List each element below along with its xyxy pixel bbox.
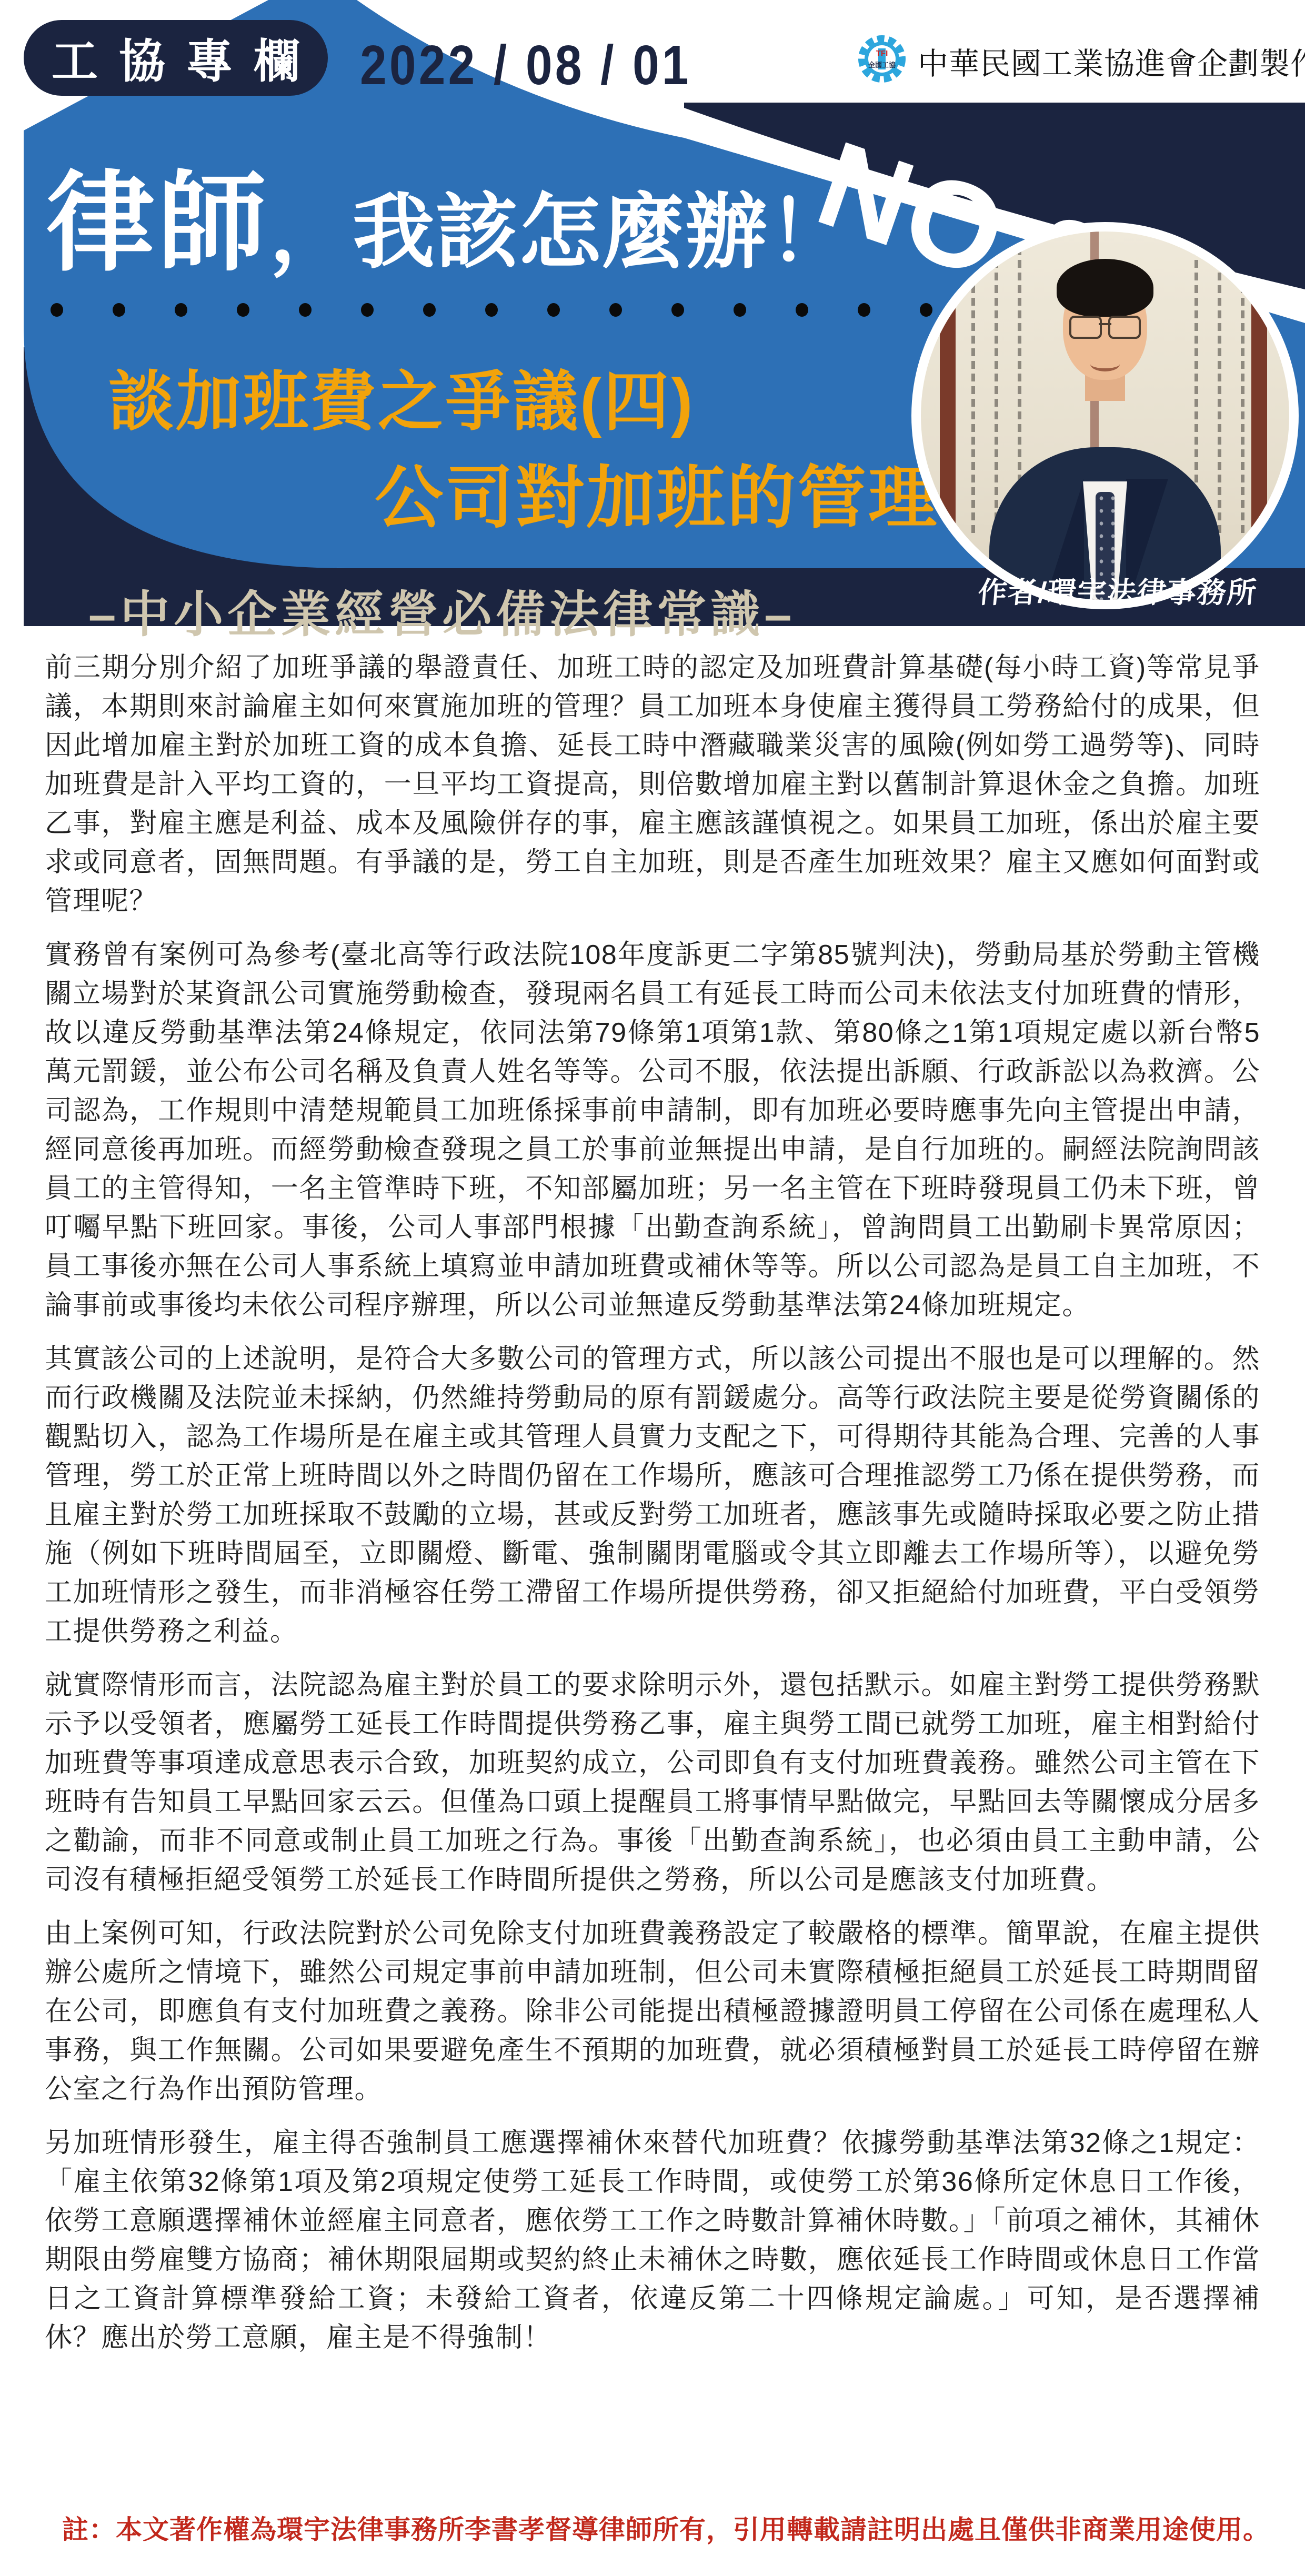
photo-frame-right: [1251, 232, 1267, 600]
article-paragraph: 前三期分別介紹了加班爭議的舉證責任、加班工時的認定及加班費計算基礎(每小時工資)…: [45, 648, 1260, 921]
column-badge-label: 工協專欄: [31, 25, 321, 91]
subtitle-line-2: 公司對加班的管理: [375, 443, 939, 541]
main-title-rest: ，我該怎麼辦！: [269, 166, 851, 284]
band-slogan: –中小企業經營必備法律常識–: [88, 575, 796, 646]
dotted-separator: [51, 303, 995, 317]
subtitle-line-1: 談加班費之爭議(四): [108, 349, 695, 443]
portrait-hair: [1057, 259, 1153, 317]
newsletter-page: 工協專欄 2022 / 08 / 01 TFI 全國工協 中華民國工業協進會企劃…: [0, 0, 1305, 2576]
copyright-note: 註：本文著作權為環宇法律事務所李書孝督導律師所有，引用轉載請註明出處且僅供非商業…: [62, 2509, 1267, 2547]
photo-frame-left: [940, 232, 956, 600]
gear-logo-icon: TFI 全國工協: [856, 33, 908, 85]
article-paragraph: 其實該公司的上述說明，是符合大多數公司的管理方式，所以該公司提出不服也是可以理解…: [45, 1340, 1260, 1651]
article-paragraph: 由上案例可知，行政法院對於公司免除支付加班費義務設定了較嚴格的標準。簡單說，在雇…: [45, 1914, 1260, 2109]
author-name: 李書孝督導律師: [948, 620, 1278, 665]
column-badge: 工協專欄: [24, 20, 328, 96]
publisher-credit: 中華民國工業協進會企劃製作: [918, 39, 1305, 83]
portrait-glasses: [1069, 316, 1141, 337]
gear-logo-top-text: TFI: [876, 49, 888, 58]
author-block: 作者/環宇法律事務所 李書孝督導律師: [948, 569, 1283, 665]
issue-date: 2022 / 08 / 01: [360, 34, 691, 97]
article-body: 前三期分別介紹了加班爭議的舉證責任、加班工時的認定及加班費計算基礎(每小時工資)…: [45, 648, 1260, 2372]
main-title: 律師，我該怎麼辦！: [46, 136, 851, 291]
main-title-lead: 律師: [46, 136, 269, 291]
author-portrait-photo: [911, 222, 1299, 609]
article-paragraph: 就實際情形而言，法院認為雇主對於員工的要求除明示外，還包括默示。如雇主對勞工提供…: [45, 1666, 1260, 1899]
author-firm: 作者/環宇法律事務所: [953, 569, 1283, 611]
article-paragraph: 另加班情形發生，雇主得否強制員工應選擇補休來替代加班費？依據勞動基準法第32條之…: [45, 2124, 1260, 2357]
gear-logo-bottom-text: 全國工協: [868, 61, 896, 69]
article-paragraph: 實務曾有案例可為參考(臺北高等行政法院108年度訴更二字第85號判決)，勞動局基…: [45, 935, 1260, 1325]
